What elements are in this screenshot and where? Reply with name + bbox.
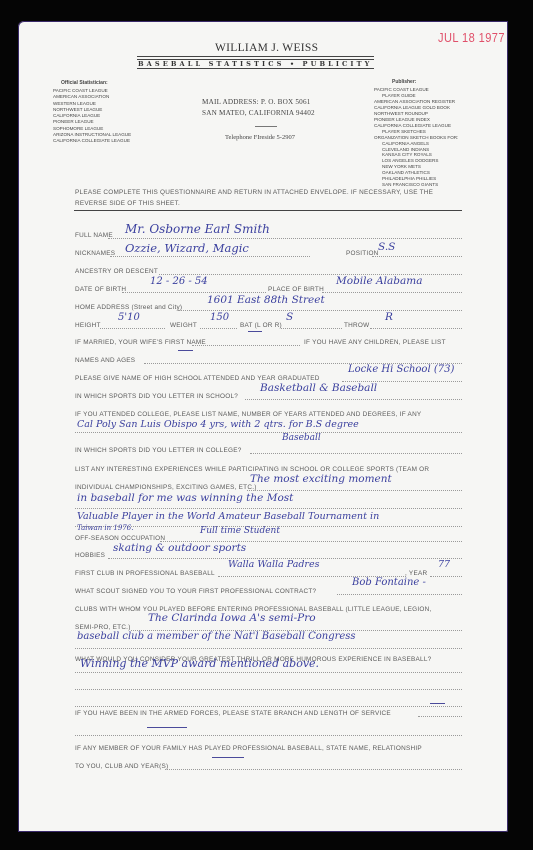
label-clubs-line2: SEMI-PRO, ETC.) xyxy=(75,624,131,631)
mail-address-line1: MAIL ADDRESS: P. O. BOX 5061 xyxy=(202,97,311,108)
answer-experiences-line2[interactable]: in baseball for me was winning the Most xyxy=(77,492,293,504)
experiences-field-2[interactable] xyxy=(75,508,462,509)
blank-dash-mark xyxy=(178,350,193,351)
armed-forces-field[interactable] xyxy=(418,716,462,717)
letterhead-tagline: BASEBALL STATISTICS • PUBLICITY xyxy=(138,60,372,68)
armed-forces-field-2[interactable] xyxy=(75,735,462,736)
list-item: SAN FRANCISCO GIANTS xyxy=(374,182,458,188)
blank-dash-mark xyxy=(147,727,187,728)
answer-throw[interactable]: R xyxy=(385,311,393,323)
nicknames-field[interactable] xyxy=(110,256,310,257)
scout-field[interactable] xyxy=(337,594,462,595)
answer-high-school[interactable]: Locke Hi School (73) xyxy=(348,364,454,375)
label-scout: WHAT SCOUT SIGNED YOU TO YOUR FIRST PROF… xyxy=(75,588,316,595)
answer-height[interactable]: 5'10 xyxy=(118,312,140,323)
answer-college[interactable]: Cal Poly San Luis Obispo 4 yrs, with 2 q… xyxy=(77,419,359,430)
list-item: CALIFORNIA COLLEGIATE LEAGUE xyxy=(53,138,131,144)
answer-experiences-line3[interactable]: Valuable Player in the World Amateur Bas… xyxy=(77,511,379,522)
list-item: CALIFORNIA COLLEGIATE LEAGUE xyxy=(374,123,458,129)
list-item: AMERICAN ASSOCIATION REGISTER xyxy=(374,99,458,105)
mail-address-line2: SAN MATEO, CALIFORNIA 94402 xyxy=(202,108,315,119)
answer-home-address[interactable]: 1601 East 88th Street xyxy=(207,294,325,306)
instructions-rule xyxy=(74,210,462,211)
label-home-address: HOME ADDRESS (Street and City) xyxy=(75,304,182,311)
answer-first-club[interactable]: Walla Walla Padres xyxy=(228,559,319,570)
throw-field[interactable] xyxy=(370,328,462,329)
list-item: ORGANIZATION SKETCH BOOKS FOR: xyxy=(374,135,458,141)
thrill-field-3[interactable] xyxy=(75,706,462,707)
answer-bat[interactable]: S xyxy=(286,311,293,323)
letterhead-name: WILLIAM J. WEISS xyxy=(215,42,318,54)
answer-school-sports[interactable]: Basketball & Baseball xyxy=(260,382,377,394)
pob-field[interactable] xyxy=(322,292,462,293)
label-hobbies: HOBBIES xyxy=(75,552,105,559)
list-item: CALIFORNIA LEAGUE GOLD BOOK xyxy=(374,105,458,111)
position-field[interactable] xyxy=(372,256,462,257)
label-experiences-line1: LIST ANY INTERESTING EXPERIENCES WHILE P… xyxy=(75,466,429,473)
statistician-leagues-list: PACIFIC COAST LEAGUEAMERICAN ASSOCIATION… xyxy=(53,88,131,145)
letterhead-rule-bottom xyxy=(137,68,374,69)
answer-dob[interactable]: 12 - 26 - 54 xyxy=(150,276,208,287)
label-height: HEIGHT xyxy=(75,322,101,329)
experiences-field-1[interactable] xyxy=(247,490,462,491)
received-date-stamp: JUL 18 1977 xyxy=(438,30,505,45)
label-school-sports: IN WHICH SPORTS DID YOU LETTER IN SCHOOL… xyxy=(75,393,238,400)
answer-hobbies[interactable]: skating & outdoor sports xyxy=(113,542,246,554)
answer-clubs-line2[interactable]: baseball club a member of the Nat'l Base… xyxy=(77,631,356,642)
instructions-line2: REVERSE SIDE OF THIS SHEET. xyxy=(75,200,180,207)
answer-experiences-line1[interactable]: The most exciting moment xyxy=(250,473,392,485)
label-family-line1: IF ANY MEMBER OF YOUR FAMILY HAS PLAYED … xyxy=(75,745,422,752)
wife-name-field[interactable] xyxy=(192,345,300,346)
answer-nicknames[interactable]: Ozzie, Wizard, Magic xyxy=(125,241,249,255)
answer-thrill[interactable]: Winning the MVP award mentioned above. xyxy=(80,657,319,670)
label-high-school: PLEASE GIVE NAME OF HIGH SCHOOL ATTENDED… xyxy=(75,375,320,382)
instructions-line1: PLEASE COMPLETE THIS QUESTIONNAIRE AND R… xyxy=(75,189,433,196)
publisher-heading: Publisher: xyxy=(392,79,416,85)
label-children: IF YOU HAVE ANY CHILDREN, PLEASE LIST xyxy=(304,339,446,346)
answer-clubs-line1[interactable]: The Clarinda Iowa A's semi-Pro xyxy=(148,612,316,624)
college-sports-field[interactable] xyxy=(250,453,462,454)
clubs-field-2[interactable] xyxy=(75,648,462,649)
label-pob: PLACE OF BIRTH xyxy=(268,286,324,293)
telephone: Telephone FIreside 5-2907 xyxy=(225,134,295,141)
label-weight: WEIGHT xyxy=(170,322,197,329)
blank-dash-mark xyxy=(212,757,244,758)
label-college: IF YOU ATTENDED COLLEGE, PLEASE LIST NAM… xyxy=(75,411,421,418)
college-field[interactable] xyxy=(75,432,462,433)
thrill-field-1[interactable] xyxy=(75,672,462,673)
answer-offseason[interactable]: Full time Student xyxy=(200,526,280,536)
thrill-field-2[interactable] xyxy=(75,689,462,690)
answer-experiences-line4[interactable]: Taiwan in 1976. xyxy=(77,524,133,532)
label-year: , YEAR xyxy=(405,570,427,577)
bat-field[interactable] xyxy=(281,328,342,329)
answer-full-name[interactable]: Mr. Osborne Earl Smith xyxy=(125,222,270,236)
statistician-heading: Official Statistician: xyxy=(61,80,108,86)
label-armed-forces: IF YOU HAVE BEEN IN THE ARMED FORCES, PL… xyxy=(75,710,391,717)
answer-scout[interactable]: Bob Fontaine - xyxy=(352,577,426,588)
label-experiences-line2: INDIVIDUAL CHAMPIONSHIPS, EXCITING GAMES… xyxy=(75,484,257,491)
label-ancestry: ANCESTRY OR DESCENT xyxy=(75,268,158,275)
answer-position[interactable]: S.S xyxy=(378,241,395,253)
label-college-sports: IN WHICH SPORTS DID YOU LETTER IN COLLEG… xyxy=(75,447,242,454)
answer-weight[interactable]: 150 xyxy=(210,312,229,323)
publisher-list: PACIFIC COAST LEAGUEPLAYER GUIDEAMERICAN… xyxy=(374,87,458,188)
label-names-ages: NAMES AND AGES xyxy=(75,357,135,364)
label-throw: THROW xyxy=(344,322,369,329)
answer-college-sports[interactable]: Baseball xyxy=(282,433,321,443)
label-bat: BAT (L OR R) xyxy=(240,322,282,329)
dob-field[interactable] xyxy=(122,292,266,293)
year-field[interactable] xyxy=(430,576,462,577)
label-wife-name: IF MARRIED, YOUR WIFE'S FIRST NAME xyxy=(75,339,206,346)
answer-pob[interactable]: Mobile Alabama xyxy=(336,275,422,287)
label-first-club: FIRST CLUB IN PROFESSIONAL BASEBALL xyxy=(75,570,215,577)
home-address-field[interactable] xyxy=(178,310,462,311)
family-field[interactable] xyxy=(165,769,462,770)
blank-dash-mark xyxy=(248,331,262,332)
answer-year[interactable]: 77 xyxy=(438,559,450,570)
label-offseason: OFF-SEASON OCCUPATION xyxy=(75,535,165,542)
full-name-field[interactable] xyxy=(108,238,462,239)
address-divider xyxy=(255,126,277,127)
height-field[interactable] xyxy=(100,328,165,329)
blank-dash-mark xyxy=(430,703,445,704)
label-dob: DATE OF BIRTH xyxy=(75,286,126,293)
label-family-line2: TO YOU, CLUB AND YEAR(S) xyxy=(75,763,168,770)
weight-field[interactable] xyxy=(200,328,237,329)
school-sports-field[interactable] xyxy=(245,399,462,400)
